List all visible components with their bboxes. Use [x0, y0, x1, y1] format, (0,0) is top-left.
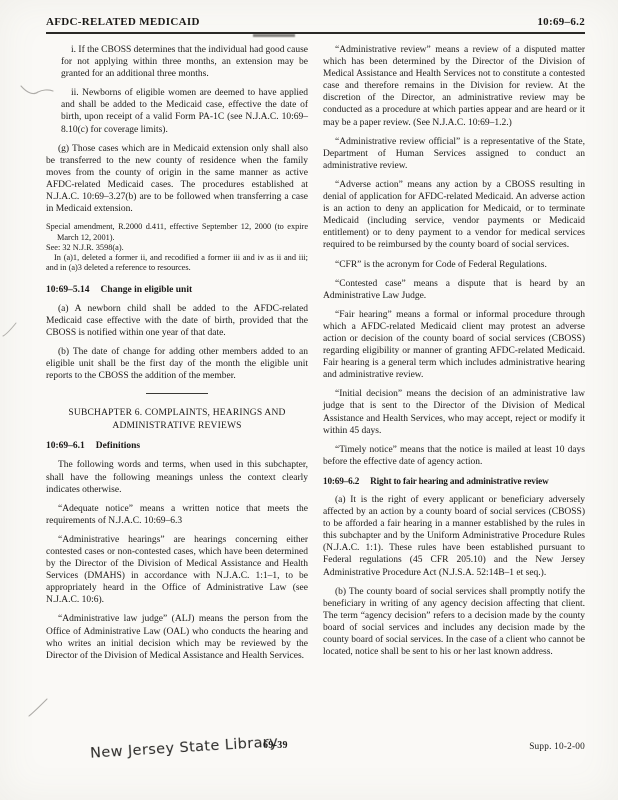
section-title: Change in eligible unit	[101, 285, 193, 295]
paragraph-b-notify-beneficiary: (b) The county board of social services …	[323, 586, 585, 659]
library-stamp: New Jersey State Library	[90, 734, 279, 761]
paragraph-administrative-review-official: “Administrative review official” is a re…	[323, 136, 585, 172]
paragraph-adverse-action: “Adverse action” means any action by a C…	[323, 179, 585, 252]
history-note: In (a)1, deleted a former ii, and recodi…	[46, 253, 308, 274]
section-number: 10:69–5.14	[46, 285, 90, 295]
paragraph-definitions-intro: The following words and terms, when used…	[46, 459, 308, 495]
header-section-number: 10:69–6.2	[537, 16, 585, 28]
section-title: Definitions	[96, 441, 140, 451]
paragraph-administrative-review: “Administrative review” means a review o…	[323, 44, 585, 129]
paragraph-g-medicaid-extension: (g) Those cases which are in Medicaid ex…	[46, 143, 308, 216]
section-number: 10:69–6.1	[46, 441, 85, 451]
section-title: Right to fair hearing and administrative…	[370, 476, 548, 486]
supplement-date: Supp. 10-2-00	[529, 742, 585, 752]
paragraph-adequate-notice: “Adequate notice” means a written notice…	[46, 503, 308, 527]
paragraph-a-newborn: (a) A newborn child shall be added to th…	[46, 303, 308, 339]
section-divider-rule	[146, 393, 208, 394]
paragraph-item-ii: ii. Newborns of eligible women are deeme…	[61, 87, 308, 135]
see-citation-note: See: 32 N.J.R. 3598(a).	[46, 243, 308, 253]
heading-definitions: 10:69–6.1Definitions	[46, 440, 308, 452]
heading-right-to-fair-hearing: 10:69–6.2Right to fair hearing and admin…	[323, 475, 585, 487]
pen-mark-slash	[28, 698, 48, 718]
paragraph-timely-notice: “Timely notice” means that the notice is…	[323, 444, 585, 468]
paragraph-a-right-to-fair-hearing: (a) It is the right of every applicant o…	[323, 494, 585, 579]
paragraph-cfr: “CFR” is the acronym for Code of Federal…	[323, 259, 585, 271]
pen-mark-tick	[2, 322, 18, 340]
page-number: 69-39	[263, 740, 288, 751]
left-column: i. If the CBOSS determines that the indi…	[46, 44, 308, 669]
section-number: 10:69–6.2	[323, 476, 359, 486]
paragraph-b-date-of-change: (b) The date of change for adding other …	[46, 346, 308, 382]
running-header: AFDC-RELATED MEDICAID 10:69–6.2	[46, 16, 585, 28]
scanned-document-page: AFDC-RELATED MEDICAID 10:69–6.2 i. If th…	[0, 0, 618, 800]
header-rule	[46, 32, 585, 34]
paragraph-administrative-hearings: “Administrative hearings” are hearings c…	[46, 534, 308, 607]
paragraph-administrative-law-judge: “Administrative law judge” (ALJ) means t…	[46, 613, 308, 661]
header-title: AFDC-RELATED MEDICAID	[46, 16, 200, 28]
two-column-body: i. If the CBOSS determines that the indi…	[46, 44, 585, 669]
subchapter-heading: SUBCHAPTER 6. COMPLAINTS, HEARINGS AND A…	[46, 407, 308, 433]
paragraph-item-i: i. If the CBOSS determines that the indi…	[61, 44, 308, 80]
paragraph-fair-hearing: “Fair hearing” means a formal or informa…	[323, 309, 585, 382]
paragraph-contested-case: “Contested case” means a dispute that is…	[323, 278, 585, 302]
amendment-note: Special amendment, R.2000 d.411, effecti…	[46, 222, 308, 243]
scan-smudge	[253, 34, 295, 37]
heading-change-in-eligible-unit: 10:69–5.14Change in eligible unit	[46, 284, 308, 296]
paragraph-initial-decision: “Initial decision” means the decision of…	[323, 388, 585, 436]
right-column: “Administrative review” means a review o…	[323, 44, 585, 669]
pen-mark-squiggle	[20, 82, 54, 98]
